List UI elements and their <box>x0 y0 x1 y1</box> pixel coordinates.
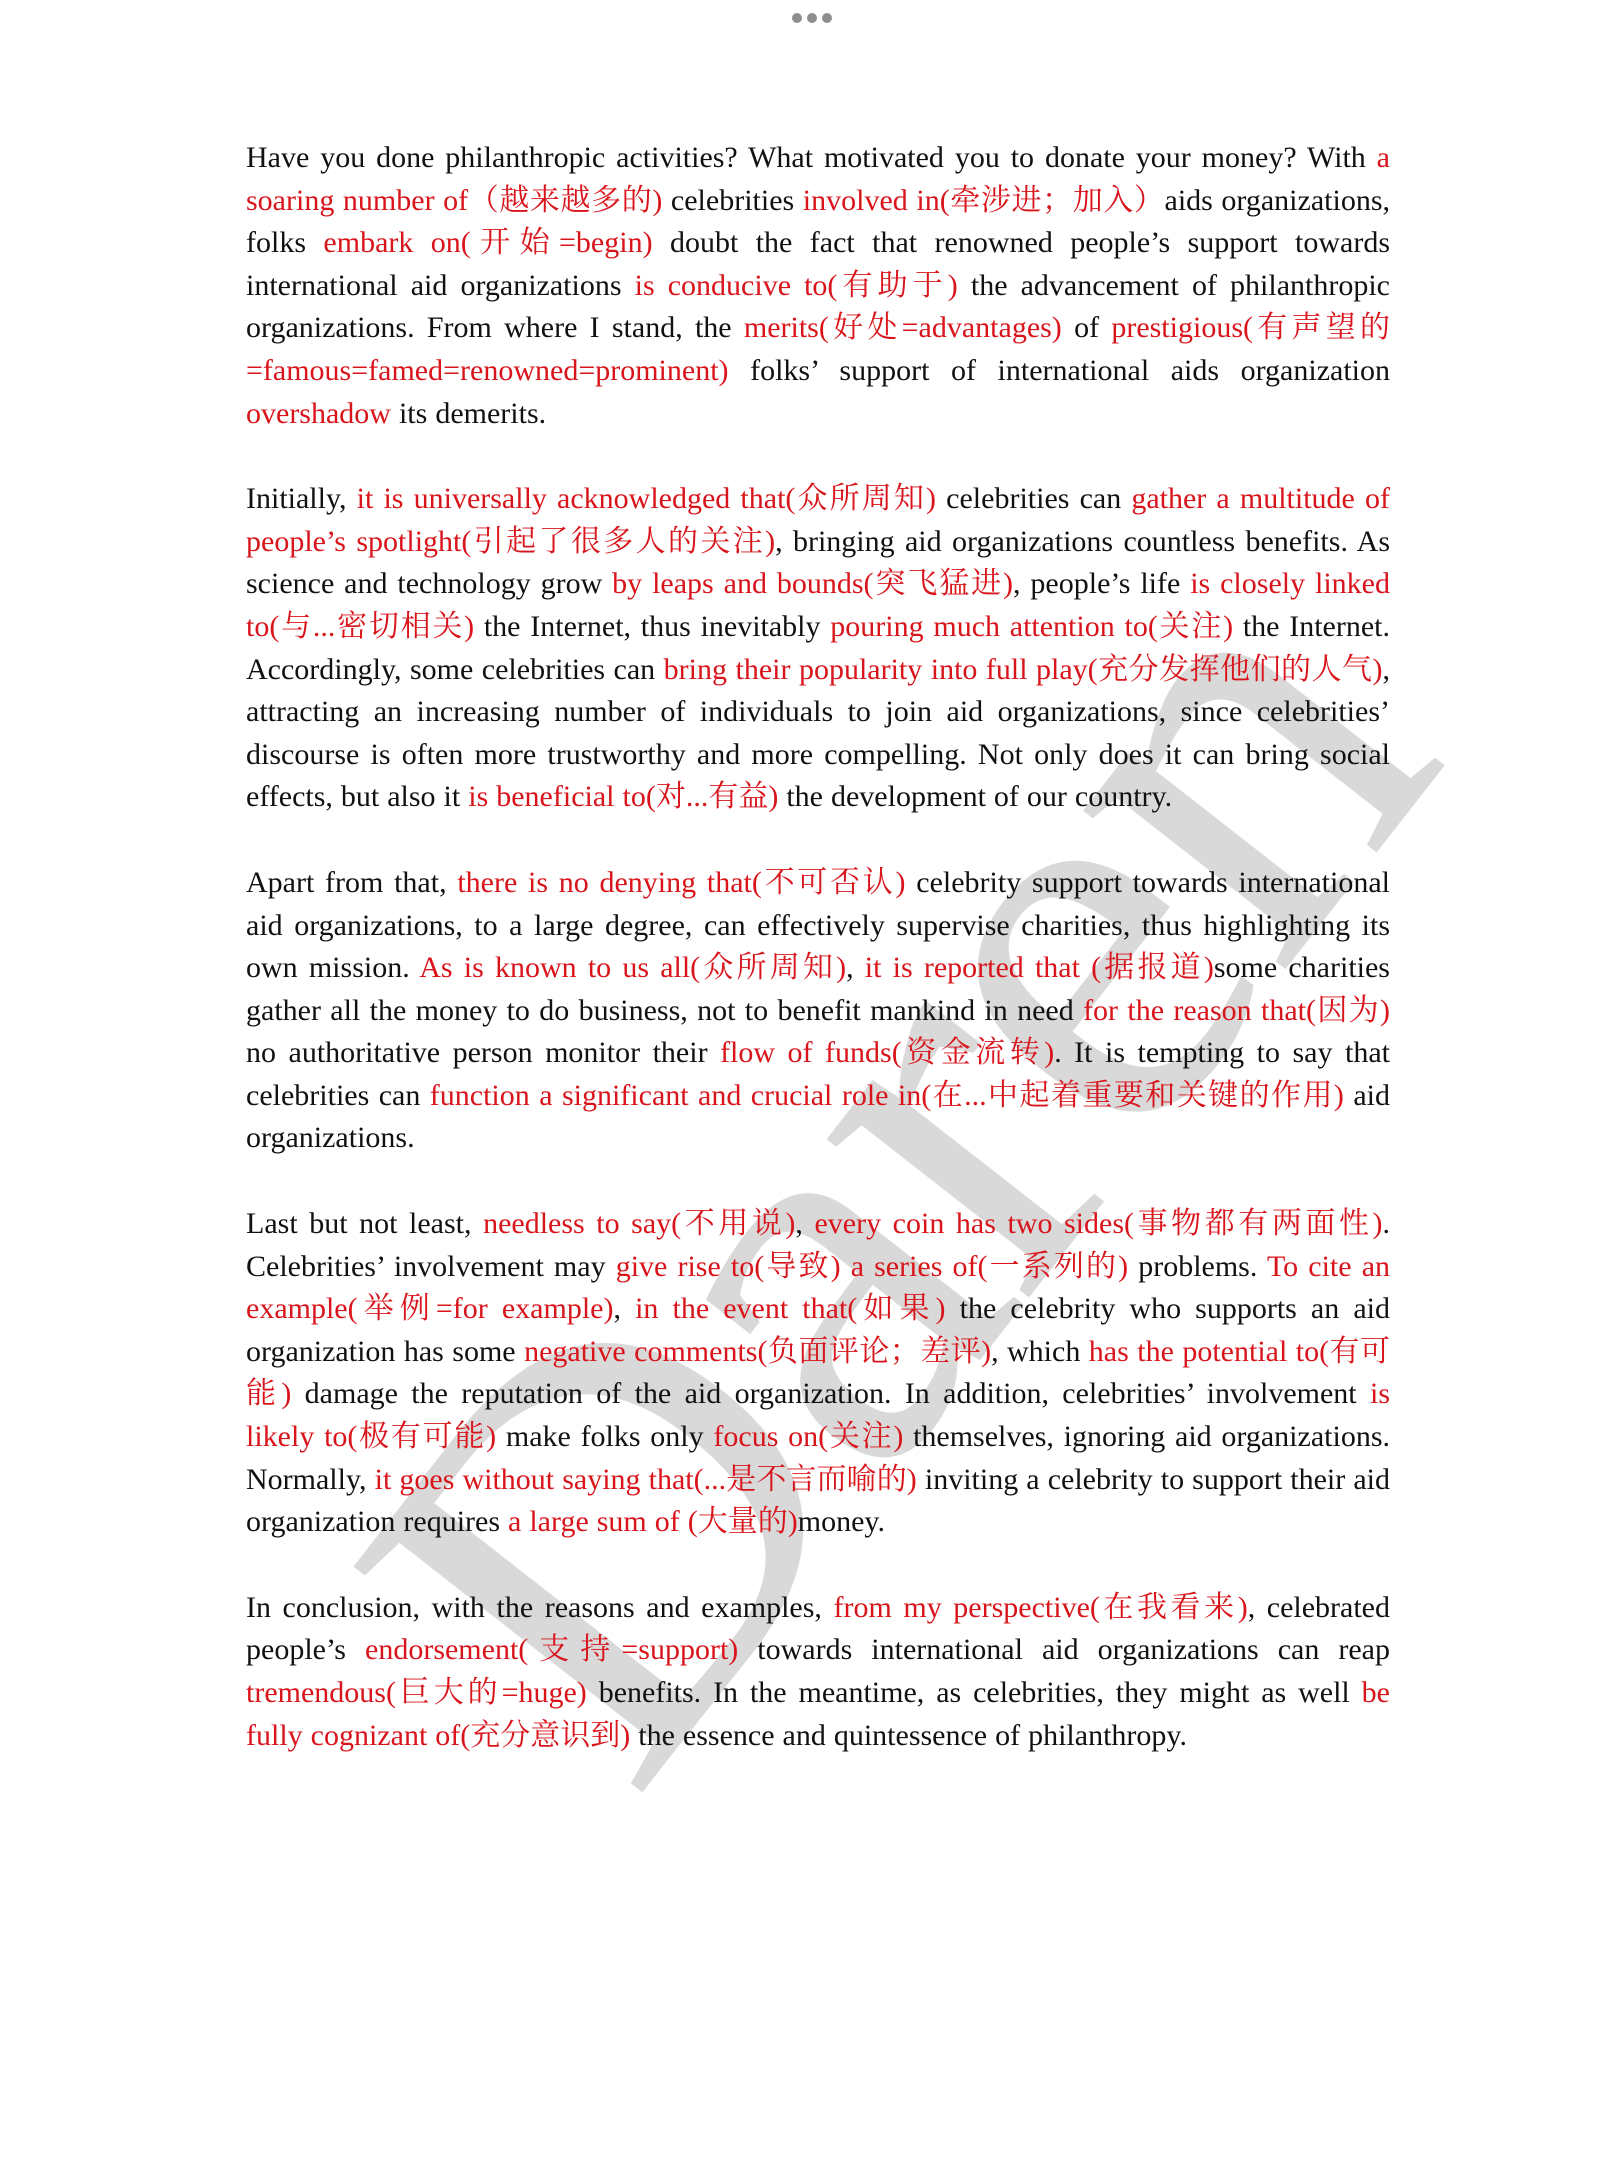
highlighted-phrase: it is universally acknowledged that(众所周知… <box>357 482 936 515</box>
body-text: the Internet, thus inevitably <box>474 610 830 643</box>
highlighted-phrase: there is no denying that(不可否认) <box>457 866 905 899</box>
more-dots-icon <box>807 13 817 23</box>
body-text: , <box>795 1207 814 1240</box>
highlighted-phrase: function a significant and crucial role … <box>430 1079 1344 1112</box>
paragraph-body-2: Apart from that, there is no denying tha… <box>246 862 1390 1160</box>
highlighted-phrase: endorsement(支持=support) <box>365 1633 738 1666</box>
highlighted-phrase: a large sum of (大量的) <box>508 1505 798 1538</box>
highlighted-phrase: negative comments(负面评论；差评) <box>524 1335 991 1368</box>
highlighted-phrase: is beneficial to(对...有益) <box>468 780 778 813</box>
body-text: Initially, <box>246 482 357 515</box>
body-text: celebrities can <box>936 482 1131 515</box>
paragraph-body-1: Initially, it is universally acknowledge… <box>246 478 1390 819</box>
body-text: Apart from that, <box>246 866 457 899</box>
body-text: damage the reputation of the aid organiz… <box>291 1377 1370 1410</box>
paragraph-conclusion: In conclusion, with the reasons and exam… <box>246 1587 1390 1757</box>
highlighted-phrase: is conducive to(有助于) <box>635 269 958 302</box>
body-text: money. <box>798 1505 885 1538</box>
body-text: the development of our country. <box>778 780 1172 813</box>
body-text: Last but not least, <box>246 1207 483 1240</box>
highlighted-phrase: As is known to us all(众所周知) <box>419 951 846 984</box>
body-text: Have you done philanthropic activities? … <box>246 141 1377 174</box>
body-text: the essence and quintessence of philanth… <box>630 1719 1187 1752</box>
highlighted-phrase: focus on(关注) <box>713 1420 903 1453</box>
highlighted-phrase: every coin has two sides(事物都有两面性) <box>814 1207 1382 1240</box>
more-dots-icon <box>792 13 802 23</box>
body-text: no authoritative person monitor their <box>246 1036 720 1069</box>
body-text: , people’s life <box>1013 567 1190 600</box>
body-text: , <box>846 951 865 984</box>
highlighted-phrase: a series of(一系列的) <box>851 1250 1128 1283</box>
highlighted-phrase: it is reported that (据报道) <box>865 951 1214 984</box>
body-text: , which <box>991 1335 1089 1368</box>
body-text: of <box>1062 311 1112 344</box>
more-options-button[interactable] <box>792 13 832 23</box>
highlighted-phrase: pouring much attention to(关注) <box>830 610 1233 643</box>
body-text <box>841 1250 851 1283</box>
body-text: make folks only <box>496 1420 713 1453</box>
highlighted-phrase: in the event that(如果) <box>635 1292 945 1325</box>
body-text: , <box>613 1292 635 1325</box>
paragraph-body-3: Last but not least, needless to say(不用说)… <box>246 1203 1390 1544</box>
highlighted-phrase: from my perspective(在我看来) <box>834 1591 1248 1624</box>
body-text: folks’ support of international aids org… <box>729 354 1390 387</box>
highlighted-phrase: it goes without saying that(...是不言而喻的) <box>375 1463 917 1496</box>
body-text: problems. <box>1128 1250 1267 1283</box>
highlighted-phrase: overshadow <box>246 397 391 430</box>
highlighted-phrase: tremendous(巨大的=huge) <box>246 1676 587 1709</box>
highlighted-phrase: merits(好处=advantages) <box>744 311 1062 344</box>
more-dots-icon <box>822 13 832 23</box>
body-text: In conclusion, with the reasons and exam… <box>246 1591 834 1624</box>
highlighted-phrase: give rise to(导致) <box>616 1250 841 1283</box>
body-text: towards international aid organizations … <box>738 1633 1390 1666</box>
highlighted-phrase: bring their popularity into full play(充分… <box>664 653 1383 686</box>
document-body: Have you done philanthropic activities? … <box>246 137 1390 1800</box>
body-text: benefits. In the meantime, as celebritie… <box>587 1676 1362 1709</box>
highlighted-phrase: embark on(开始=begin) <box>323 226 652 259</box>
highlighted-phrase: involved in(牵涉进；加入） <box>803 184 1165 217</box>
body-text: celebrities <box>662 184 802 217</box>
highlighted-phrase: flow of funds(资金流转) <box>720 1036 1054 1069</box>
highlighted-phrase: needless to say(不用说) <box>483 1207 795 1240</box>
body-text: its demerits. <box>391 397 546 430</box>
paragraph-intro: Have you done philanthropic activities? … <box>246 137 1390 435</box>
highlighted-phrase: by leaps and bounds(突飞猛进) <box>612 567 1013 600</box>
highlighted-phrase: for the reason that(因为) <box>1083 994 1390 1027</box>
